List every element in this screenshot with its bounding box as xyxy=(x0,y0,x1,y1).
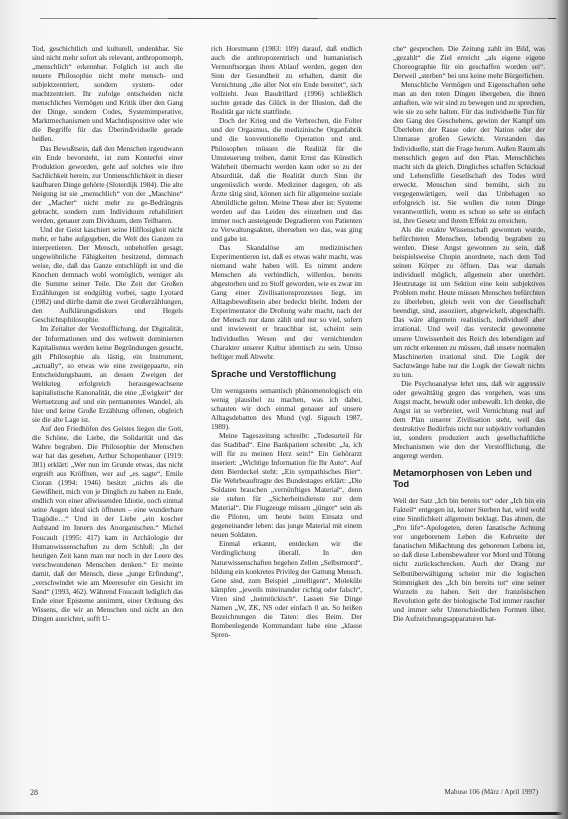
section-heading: Sprache und Verstofflichung xyxy=(211,369,362,380)
paragraph: Das Bewußtsein, daß den Menschen irgendw… xyxy=(32,144,183,225)
journal-citation: Mabuse 106 (März / April 1997) xyxy=(444,788,538,796)
paragraph: Einmal erkannt, entdecken wir die Verdin… xyxy=(211,539,362,639)
header-mark xyxy=(548,18,556,19)
paragraph: Doch der Krieg und die Verbrechen, die F… xyxy=(211,116,362,243)
paragraph: Die Psychoanalyse lehrt uns, daß wir agg… xyxy=(393,379,545,460)
paragraph: Menschliche Vermögen und Eigenschaften s… xyxy=(393,80,545,225)
paragraph: Weil der Satz „Ich bin bereits tot“ oder… xyxy=(393,496,545,623)
paragraph: Tod, geschichtlich und kulturell, undenk… xyxy=(32,44,183,144)
paragraph: Meine Tageszeitung schreibt: „Todesurtei… xyxy=(211,431,362,540)
paragraph: Als die exakte Wissenschaft gewonnen wur… xyxy=(393,225,545,379)
scan-left-shadow xyxy=(0,0,22,819)
paragraph: rich Horstmann (1983: 109) darauf, daß e… xyxy=(211,44,362,116)
text-column-3: che“ gesprochen. Die Zeitung zahlt im Bi… xyxy=(393,44,545,623)
paragraph: Das Skandalöse am medizinischen Experime… xyxy=(211,243,362,361)
scan-right-edge-shadow xyxy=(556,0,568,819)
paragraph: Um wenigstens semantisch phänomenologisc… xyxy=(211,386,362,431)
footer-rule xyxy=(0,812,568,815)
header-rule-accent xyxy=(168,18,318,19)
text-column-2: rich Horstmann (1983: 109) darauf, daß e… xyxy=(211,44,362,639)
paragraph: Im Zeitalter der Verstofflichung, der Di… xyxy=(32,324,183,424)
section-heading: Metamorphosen von Leben und Tod xyxy=(393,468,545,490)
paragraph: che“ gesprochen. Die Zeitung zahlt im Bi… xyxy=(393,44,545,80)
paragraph: Auf den Friedhöfen des Geistes liegen di… xyxy=(32,424,183,623)
document-page: Tod, geschichtlich und kulturell, undenk… xyxy=(0,0,568,819)
text-column-1: Tod, geschichtlich und kulturell, undenk… xyxy=(32,44,183,623)
page-number: 28 xyxy=(30,788,38,797)
paragraph: Und der Geist kaschiert seine Hilflosigk… xyxy=(32,225,183,325)
